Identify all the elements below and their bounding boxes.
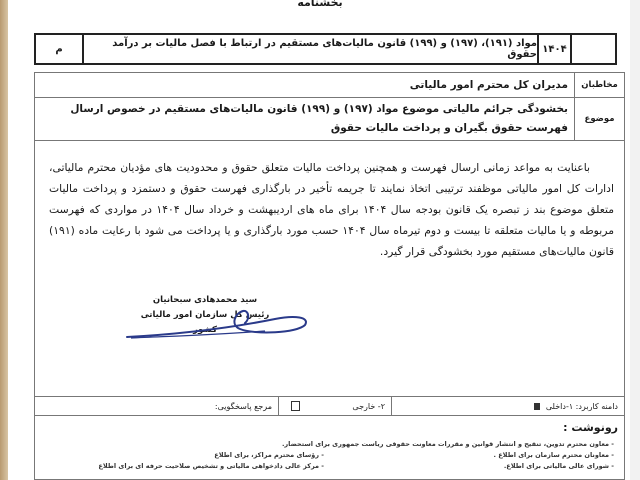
addressee-row: مخاطبان مدیران کل محترم امور مالیاتی [35, 73, 624, 98]
header-subject-cell: مواد (۱۹۱)، (۱۹۷) و (۱۹۹) قانون مالیات‌ه… [84, 35, 539, 63]
body-text: باعنایت به مواعد زمانی ارسال فهرست و همچ… [49, 157, 614, 262]
document-title: بخشنامه [0, 0, 640, 9]
scope-internal: دامنه کاربرد: ۱-داخلی [391, 397, 624, 415]
cc-title: رونوشت : [563, 421, 618, 434]
subject-value: بخشودگی جرائم مالیاتی موضوع مواد (۱۹۷) و… [35, 98, 574, 140]
external-checkbox[interactable] [291, 401, 300, 411]
reference-cell: مرجع پاسخگویی: [35, 397, 278, 415]
addressee-label: مخاطبان [574, 73, 624, 97]
scope-external-label: ۲- خارجی [352, 402, 385, 411]
addressee-value: مدیران کل محترم امور مالیاتی [35, 73, 574, 97]
serial-mark-cell: م [36, 35, 84, 63]
subject-row: موضوع بخشودگی جرائم مالیاتی موضوع مواد (… [35, 98, 624, 141]
cc-item: - معاونان محترم سازمان برای اطلاع . - رؤ… [54, 450, 614, 461]
subject-label: موضوع [574, 98, 624, 140]
empty-cell [572, 35, 615, 63]
year-cell: ۱۴۰۴ [539, 35, 572, 63]
cc-item: - شورای عالی مالیاتی برای اطلاع. - مرکز … [54, 461, 614, 472]
scope-row: دامنه کاربرد: ۱-داخلی ۲- خارجی مرجع پاسخ… [35, 396, 624, 416]
page-edge-right [630, 0, 640, 480]
scope-external: ۲- خارجی [278, 397, 391, 415]
reference-label: مرجع پاسخگویی: [215, 402, 272, 411]
scope-internal-label: ۱-داخلی [546, 402, 573, 411]
letter-body-box: مخاطبان مدیران کل محترم امور مالیاتی موض… [34, 72, 625, 480]
internal-checkbox[interactable] [534, 403, 540, 410]
body-paragraph: باعنایت به مواعد زمانی ارسال فهرست و همچ… [49, 157, 614, 262]
handwritten-signature-icon [125, 305, 315, 345]
cc-item: - معاون محترم تدوین، تنقیح و انتشار قوان… [54, 439, 614, 450]
scope-label: دامنه کاربرد: [576, 402, 618, 411]
header-table: م مواد (۱۹۱)، (۱۹۷) و (۱۹۹) قانون مالیات… [34, 33, 617, 65]
page-edge-left [0, 0, 8, 480]
cc-list: - معاون محترم تدوین، تنقیح و انتشار قوان… [54, 439, 614, 472]
